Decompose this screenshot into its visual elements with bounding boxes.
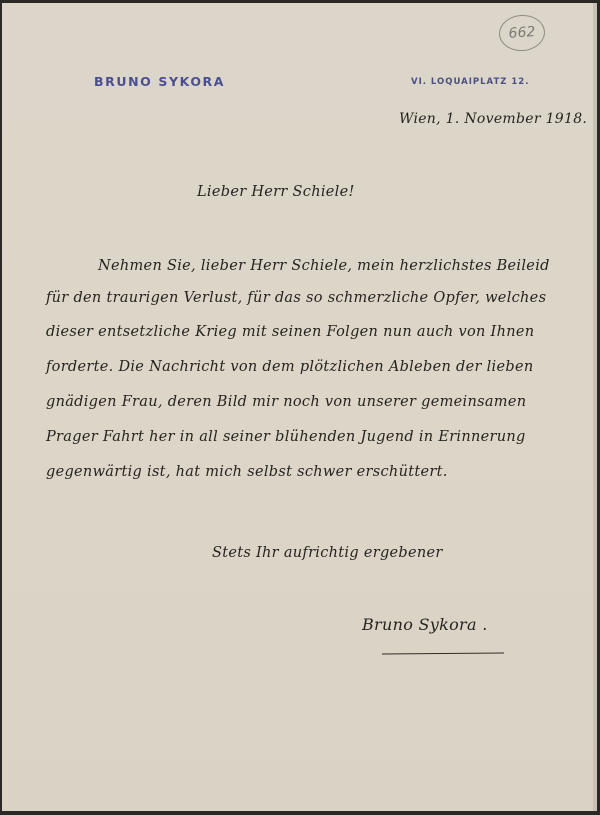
body-line: dieser entsetzliche Krieg mit seinen Fol… — [46, 324, 534, 340]
body-line: Prager Fahrt her in all seiner blühenden… — [46, 429, 526, 445]
body-line: für den traurigen Verlust, für das so sc… — [46, 290, 546, 306]
body-line: gnädigen Frau, deren Bild mir noch von u… — [46, 394, 526, 410]
body-line: gegenwärtig ist, hat mich selbst schwer … — [46, 464, 448, 480]
body-line: forderte. Die Nachricht von dem plötzlic… — [46, 359, 533, 375]
signature-underline — [382, 652, 504, 654]
salutation: Lieber Herr Schiele! — [197, 184, 355, 200]
letterhead-address: VI. LOQUAIPLATZ 12. — [411, 77, 529, 87]
letter-date: Wien, 1. November 1918. — [399, 111, 587, 127]
closing: Stets Ihr aufrichtig ergebener — [212, 545, 443, 561]
letter-page: 662 BRUNO SYKORA VI. LOQUAIPLATZ 12. Wie… — [2, 3, 597, 811]
signature: Bruno Sykora . — [362, 615, 488, 634]
body-line: Nehmen Sie, lieber Herr Schiele, mein he… — [98, 258, 550, 274]
archive-number-stamp: 662 — [498, 13, 546, 52]
letterhead-name: BRUNO SYKORA — [94, 74, 225, 89]
